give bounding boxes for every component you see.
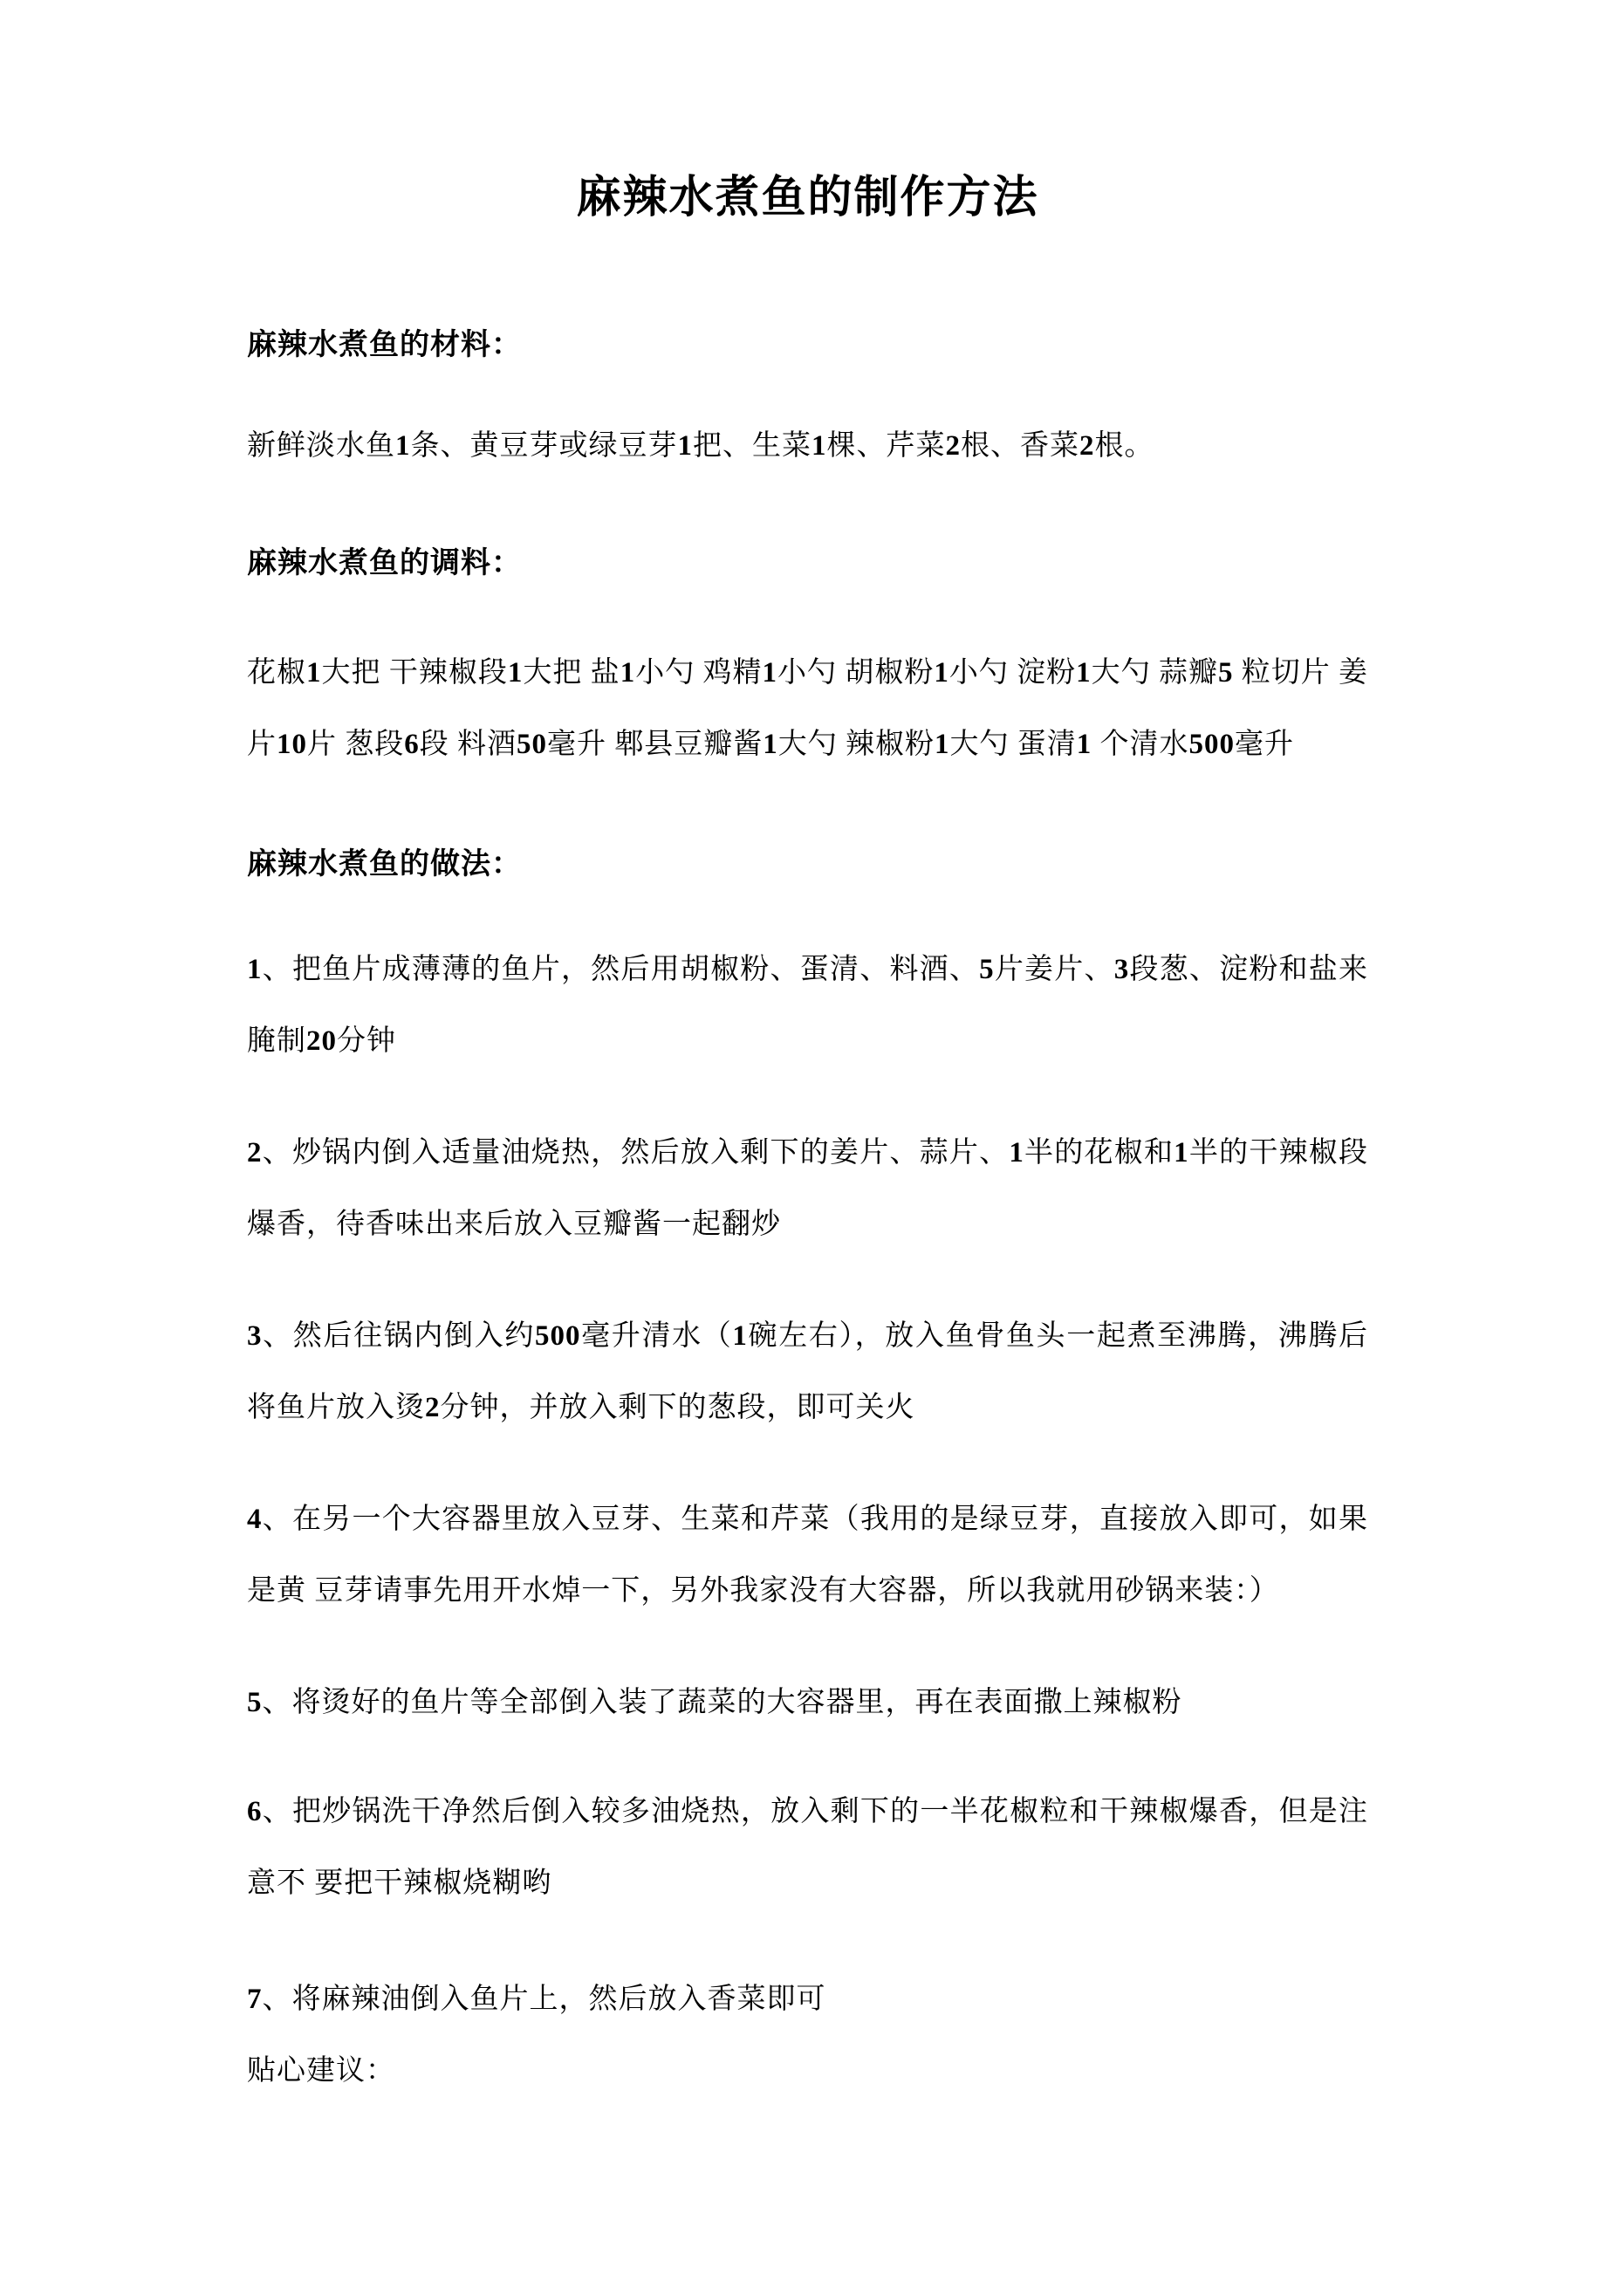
seasoning-text: 花椒1大把 干辣椒段1大把 盐1小勺 鸡精1小勺 胡椒粉1小勺 淀粉1大勺 蒜瓣… <box>247 637 1368 780</box>
method-step: 6、把炒锅洗干净然后倒入较多油烧热，放入剩下的一半花椒粒和干辣椒爆香，但是注意不… <box>247 1776 1368 1919</box>
method-section-heading: 麻辣水煮鱼的做法： <box>247 829 1368 901</box>
document-title: 麻辣水煮鱼的制作方法 <box>247 168 1368 229</box>
method-step: 5、将烫好的鱼片等全部倒入装了蔬菜的大容器里，再在表面撒上辣椒粉 <box>247 1667 1368 1738</box>
tips-label: 贴心建议： <box>247 2035 1368 2107</box>
materials-text: 新鲜淡水鱼1条、黄豆芽或绿豆芽1把、生菜1棵、芹菜2根、香菜2根。 <box>247 410 1368 482</box>
seasoning-section-heading: 麻辣水煮鱼的调料： <box>247 528 1368 600</box>
method-step: 4、在另一个大容器里放入豆芽、生菜和芹菜（我用的是绿豆芽，直接放入即可，如果是黄… <box>247 1484 1368 1627</box>
seasoning-section: 麻辣水煮鱼的调料： 花椒1大把 干辣椒段1大把 盐1小勺 鸡精1小勺 胡椒粉1小… <box>247 528 1368 780</box>
method-step: 2、炒锅内倒入适量油烧热，然后放入剩下的姜片、蒜片、1半的花椒和1半的干辣椒段爆… <box>247 1117 1368 1260</box>
method-step: 3、然后往锅内倒入约500毫升清水（1碗左右），放入鱼骨鱼头一起煮至沸腾，沸腾后… <box>247 1300 1368 1443</box>
materials-section: 麻辣水煮鱼的材料： 新鲜淡水鱼1条、黄豆芽或绿豆芽1把、生菜1棵、芹菜2根、香菜… <box>247 310 1368 482</box>
method-step: 7、将麻辣油倒入鱼片上，然后放入香菜即可 <box>247 1964 1368 2035</box>
method-step: 1、把鱼片成薄薄的鱼片，然后用胡椒粉、蛋清、料酒、5片姜片、3段葱、淀粉和盐来腌… <box>247 934 1368 1077</box>
method-section: 麻辣水煮鱼的做法： 1、把鱼片成薄薄的鱼片，然后用胡椒粉、蛋清、料酒、5片姜片、… <box>247 829 1368 2035</box>
materials-section-heading: 麻辣水煮鱼的材料： <box>247 310 1368 381</box>
document-page: 麻辣水煮鱼的制作方法 麻辣水煮鱼的材料： 新鲜淡水鱼1条、黄豆芽或绿豆芽1把、生… <box>0 0 1623 2296</box>
